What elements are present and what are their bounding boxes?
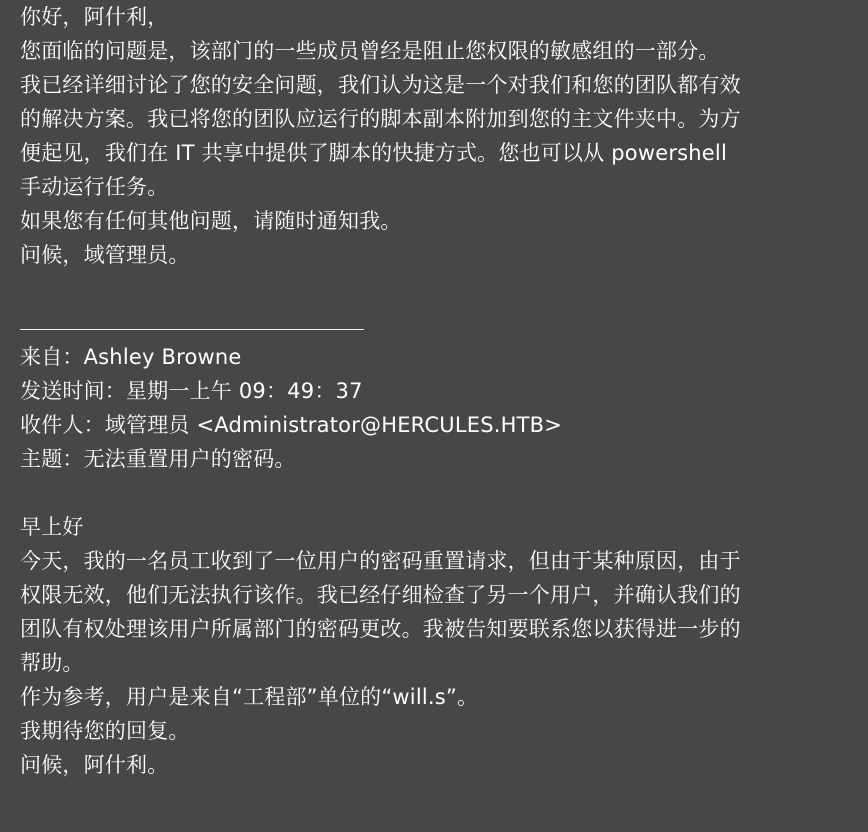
spacer: [20, 272, 860, 306]
original-body-line: 权限无效，他们无法执行该作。我已经仔细检查了另一个用户，并确认我们的: [20, 578, 860, 612]
reply-signoff: 问候，域管理员。: [20, 238, 860, 272]
quote-separator: [20, 306, 860, 340]
original-signoff: 问候，阿什利。: [20, 748, 860, 782]
reply-body-line: 的解决方案。我已将您的团队应运行的脚本副本附加到您的主文件夹中。为方: [20, 102, 860, 136]
header-sent: 发送时间：星期一上午 09：49：37: [20, 374, 860, 408]
original-body-line: 作为参考，用户是来自“工程部”单位的“will.s”。: [20, 680, 860, 714]
reply-body-line: 您面临的问题是，该部门的一些成员曾经是阻止您权限的敏感组的一部分。: [20, 34, 860, 68]
reply-body-line: 手动运行任务。: [20, 170, 860, 204]
original-greeting: 早上好: [20, 510, 860, 544]
original-body-line: 帮助。: [20, 646, 860, 680]
reply-body-line: 如果您有任何其他问题，请随时通知我。: [20, 204, 860, 238]
email-document: 你好，阿什利， 您面临的问题是，该部门的一些成员曾经是阻止您权限的敏感组的一部分…: [20, 0, 860, 782]
header-subject: 主题：无法重置用户的密码。: [20, 442, 860, 476]
original-body-line: 今天，我的一名员工收到了一位用户的密码重置请求，但由于某种原因，由于: [20, 544, 860, 578]
reply-body-line: 便起见，我们在 IT 共享中提供了脚本的快捷方式。您也可以从 powershel…: [20, 136, 860, 170]
reply-body-line: 我已经详细讨论了您的安全问题，我们认为这是一个对我们和您的团队都有效: [20, 68, 860, 102]
spacer: [20, 476, 860, 510]
quoted-header: 来自：Ashley Browne 发送时间：星期一上午 09：49：37 收件人…: [20, 340, 860, 476]
original-message: 早上好 今天，我的一名员工收到了一位用户的密码重置请求，但由于某种原因，由于 权…: [20, 510, 860, 782]
header-from: 来自：Ashley Browne: [20, 340, 860, 374]
header-to: 收件人：域管理员 <Administrator@HERCULES.HTB>: [20, 408, 860, 442]
original-body-line: 我期待您的回复。: [20, 714, 860, 748]
separator-rule: [20, 329, 364, 330]
original-body-line: 团队有权处理该用户所属部门的密码更改。我被告知要联系您以获得进一步的: [20, 612, 860, 646]
reply-greeting: 你好，阿什利，: [20, 0, 860, 34]
